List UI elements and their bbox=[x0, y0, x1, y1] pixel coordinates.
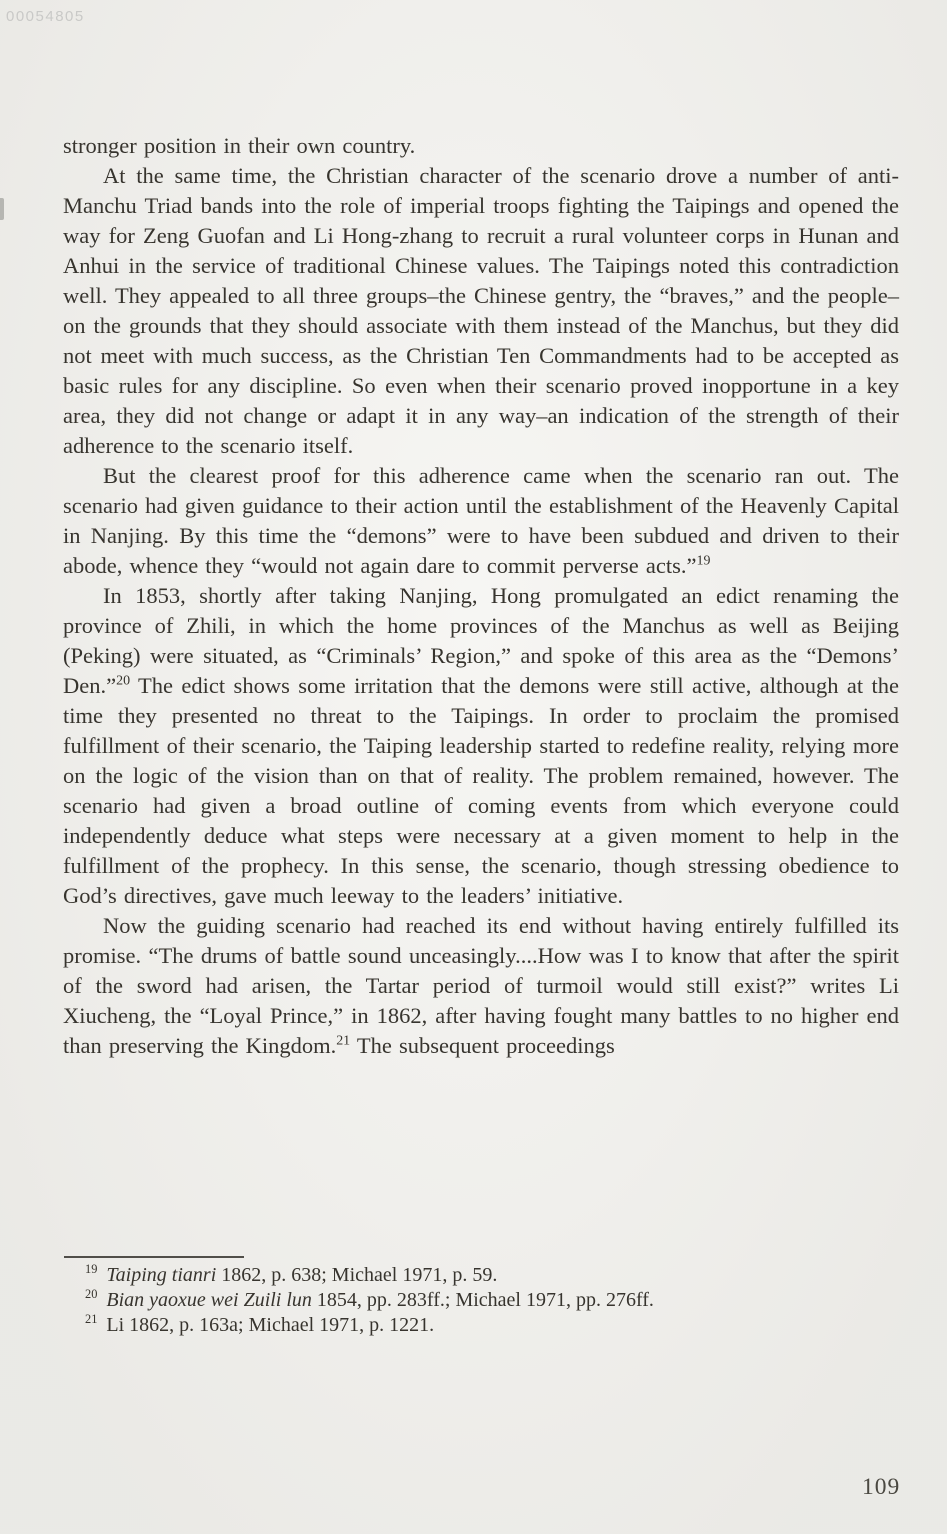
footnotes: 19Taiping tianri 1862, p. 638; Michael 1… bbox=[63, 1263, 863, 1338]
footnote-number: 21 bbox=[85, 1312, 97, 1326]
page-number: 109 bbox=[862, 1474, 900, 1501]
text-run: The edict shows some irritation that the… bbox=[63, 673, 899, 908]
text-run: 1862, p. 638; Michael 1971, p. 59. bbox=[216, 1264, 497, 1286]
footnote-divider bbox=[64, 1256, 244, 1258]
scan-number: 00054805 bbox=[6, 8, 85, 25]
footnote-item: 20Bian yaoxue wei Zuili lun 1854, pp. 28… bbox=[63, 1288, 863, 1313]
body-text: stronger position in their own country.A… bbox=[63, 131, 899, 1061]
text-run: Bian yaoxue wei Zuili lun bbox=[106, 1289, 312, 1311]
paragraph: stronger position in their own country. bbox=[63, 131, 899, 161]
footnote-number: 19 bbox=[85, 1262, 97, 1276]
document-page: 00054805 stronger position in their own … bbox=[0, 0, 947, 1534]
footnote-reference: 21 bbox=[336, 1034, 350, 1049]
footnote-reference: 19 bbox=[697, 554, 711, 569]
paragraph: Now the guiding scenario had reached its… bbox=[63, 911, 899, 1061]
scan-edge-artifact bbox=[0, 198, 4, 220]
text-run: Taiping tianri bbox=[106, 1264, 216, 1286]
footnote-reference: 20 bbox=[116, 674, 130, 689]
text-run: Li 1862, p. 163a; Michael 1971, p. 1221. bbox=[106, 1314, 434, 1336]
paragraph: But the clearest proof for this adherenc… bbox=[63, 461, 899, 581]
footnote-number: 20 bbox=[85, 1287, 97, 1301]
footnote-item: 19Taiping tianri 1862, p. 638; Michael 1… bbox=[63, 1263, 863, 1288]
text-run: The subsequent proceedings bbox=[350, 1033, 615, 1058]
text-run: stronger position in their own country. bbox=[63, 133, 415, 158]
footnote-item: 21Li 1862, p. 163a; Michael 1971, p. 122… bbox=[63, 1313, 863, 1338]
paragraph: At the same time, the Christian characte… bbox=[63, 161, 899, 461]
text-run: 1854, pp. 283ff.; Michael 1971, pp. 276f… bbox=[312, 1289, 654, 1311]
paragraph: In 1853, shortly after taking Nanjing, H… bbox=[63, 581, 899, 911]
text-run: At the same time, the Christian characte… bbox=[63, 163, 899, 458]
text-run: But the clearest proof for this adherenc… bbox=[63, 463, 899, 578]
